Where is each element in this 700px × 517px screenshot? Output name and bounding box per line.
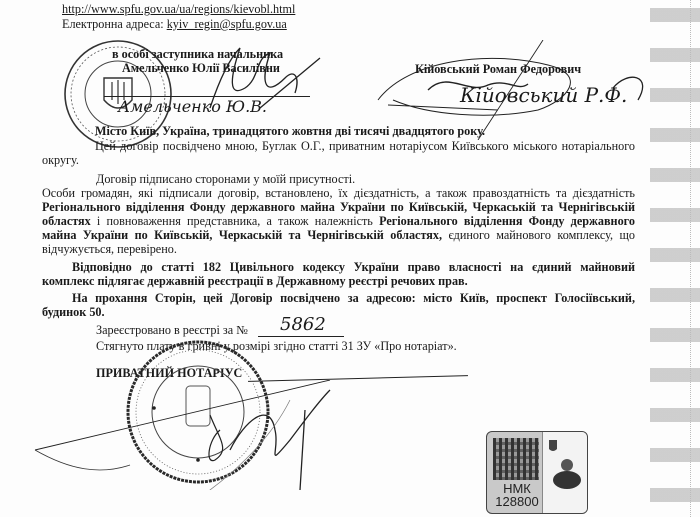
left-handwritten-name: Амельченко Ю.В. [118,100,267,114]
identity-l3-bold: областях [42,214,91,228]
notarial-document-page: http://www.spfu.gov.ua/ua/regions/kievob… [0,0,700,517]
qr-code-icon[interactable] [493,438,539,480]
identity-line-4: майна України по Київській, Черкаській т… [42,228,635,242]
identity-l4-rest: єдиного майнового комплексу, що [442,228,635,242]
email-label: Електронна адреса: [62,17,164,31]
notarial-blank-sticker: НМК 128800 [486,431,588,514]
signed-presence-line: Договір підписано сторонами у моїй прису… [96,172,355,186]
registry-number-underline [258,336,344,337]
registration-line-1: Відповідно до статті 182 Цивільного коде… [72,260,635,274]
registration-line-2: комплекс підлягає державній реєстрації в… [42,274,468,288]
notary-signature-icon [30,380,410,490]
website-url-link[interactable]: http://www.spfu.gov.ua/ua/regions/kievob… [62,2,295,16]
coat-of-arms-icon [543,432,587,513]
address-line-1: На прохання Сторін, цей Договір посвідче… [72,291,635,305]
certified-by-line-cont: округу. [42,153,79,167]
identity-line-5: відчужується, перевірено. [42,242,177,256]
identity-line-1: Особи громадян, які підписали договір, в… [42,186,635,200]
email-line: Електронна адреса: kyiv_regin@spfu.gov.u… [62,17,287,31]
registry-number: 5862 [280,318,326,332]
right-handwritten-name: Кійовський Р.Ф. [460,88,627,102]
registry-label: Зареєстровано в реєстрі за № [96,323,248,337]
identity-l4-bold: майна України по Київській, Черкаській т… [42,228,442,242]
identity-line-2: Регіонального відділення Фонду державног… [42,200,635,214]
sticker-hologram [542,432,587,513]
place-date-line: Місто Київ, Україна, тринадцятого жовтня… [95,124,485,138]
email-link[interactable]: kyiv_regin@spfu.gov.ua [167,17,287,31]
identity-line-3: областях і повноваження представника, а … [42,214,635,228]
scan-edge-pattern [650,0,700,517]
identity-l3-bold2: Регіонального відділення Фонду державног… [379,214,635,228]
scan-edge-line [690,0,692,517]
address-line-2: будинок 50. [42,305,105,319]
certified-by-line: Цей договір посвідчено мною, Буглак О.Г.… [95,139,635,153]
sticker-number: 128800 [491,495,543,508]
identity-l3-rest: і повноваження представника, а також нал… [91,214,379,228]
